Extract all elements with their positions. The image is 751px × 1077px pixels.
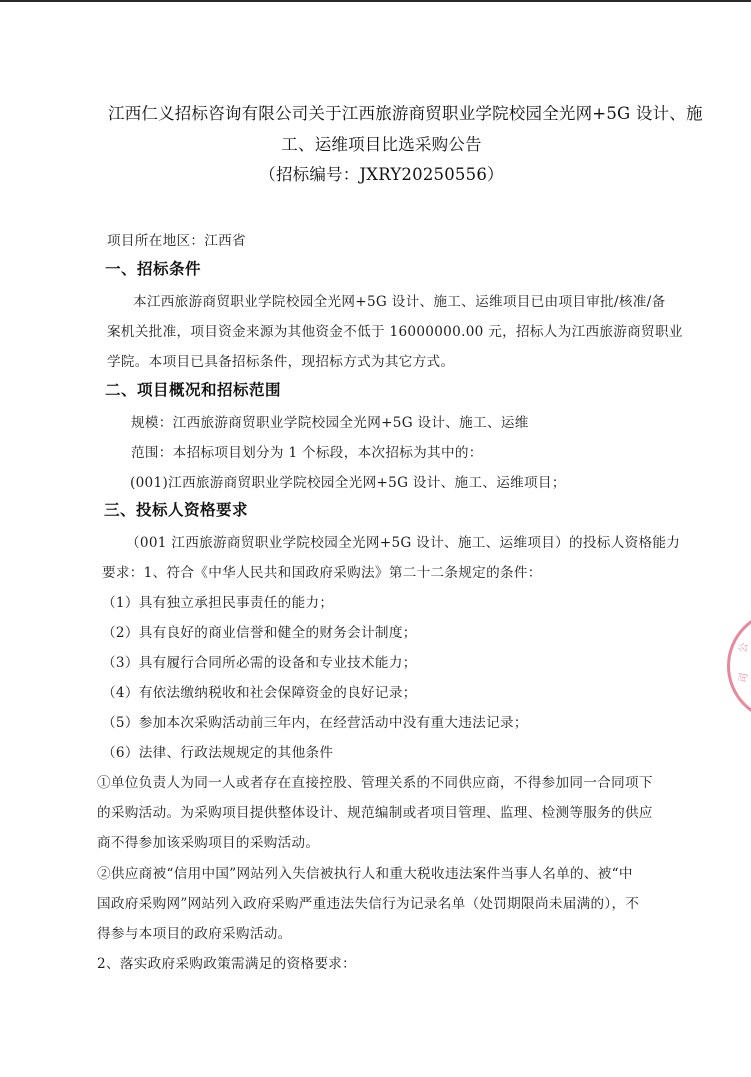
project-region: 项目所在地区：江西省 <box>107 229 246 249</box>
tender-number: （招标编号：JXRY20250556） <box>0 161 751 185</box>
paragraph-line: 要求：1、符合《中华人民共和国政府采购法》第二十二条规定的条件： <box>102 561 542 581</box>
paragraph-line: ①单位负责人为同一人或者存在直接控股、管理关系的不同供应商，不得参加同一合同项下 <box>97 771 653 791</box>
red-seal-stamp-icon <box>727 610 751 722</box>
list-item: （3）具有履行合同所必需的设备和专业技术能力； <box>102 651 417 671</box>
document-page: 江西仁义招标咨询有限公司关于江西旅游商贸职业学院校园全光网+5G 设计、施 工、… <box>0 0 751 1077</box>
list-item: （2）具有良好的商业信誉和健全的财务会计制度； <box>102 621 417 641</box>
document-title-line-1: 江西仁义招标咨询有限公司关于江西旅游商贸职业学院校园全光网+5G 设计、施 <box>108 100 703 124</box>
paragraph-line: （001 江西旅游商贸职业学院校园全光网+5G 设计、施工、运维项目）的投标人资… <box>126 531 680 551</box>
paragraph-line: 商不得参加该采购项目的采购活动。 <box>97 831 319 851</box>
section-heading-project-overview: 二、项目概况和招标范围 <box>105 378 281 400</box>
paragraph-line: 得参与本项目的政府采购活动。 <box>97 922 292 942</box>
list-item: （5）参加本次采购活动前三年内，在经营活动中没有重大违法记录； <box>102 711 528 731</box>
document-title-line-2: 工、运维项目比选采购公告 <box>0 131 751 155</box>
paragraph-line: 案机关批准，项目资金来源为其他资金不低于 16000000.00 元，招标人为江… <box>107 320 683 340</box>
paragraph-line: ②供应商被“信用中国”网站列入失信被执行人和重大税收违法案件当事人名单的、被“中 <box>97 862 633 882</box>
paragraph-line: 2、落实政府采购政策需满足的资格要求： <box>97 952 356 972</box>
list-item: （6）法律、行政法规规定的其他条件 <box>102 741 333 761</box>
paragraph-line: 范围：本招标项目划分为 1 个标段，本次招标为其中的： <box>131 441 483 461</box>
list-item: （4）有依法缴纳税收和社会保障资金的良好记录； <box>102 681 417 701</box>
paragraph-line: 的采购活动。为采购项目提供整体设计、规范编制或者项目管理、监理、检测等服务的供应 <box>97 801 653 821</box>
section-heading-bidder-qualifications: 三、投标人资格要求 <box>104 498 248 520</box>
paragraph-line: 国政府采购网”网站列入政府采购严重违法失信行为记录名单（处罚期限尚未届满的），不 <box>97 892 639 912</box>
paragraph-line: 本江西旅游商贸职业学院校园全光网+5G 设计、施工、运维项目已由项目审批/核准/… <box>133 290 665 310</box>
paragraph-line: 学院。本项目已具备招标条件，现招标方式为其它方式。 <box>107 350 454 370</box>
paragraph-line: (001)江西旅游商贸职业学院校园全光网+5G 设计、施工、运维项目； <box>130 471 566 491</box>
list-item: （1）具有独立承担民事责任的能力； <box>102 591 333 611</box>
section-heading-tender-conditions: 一、招标条件 <box>105 257 201 279</box>
paragraph-line: 规模：江西旅游商贸职业学院校园全光网+5G 设计、施工、运维 <box>131 411 529 431</box>
